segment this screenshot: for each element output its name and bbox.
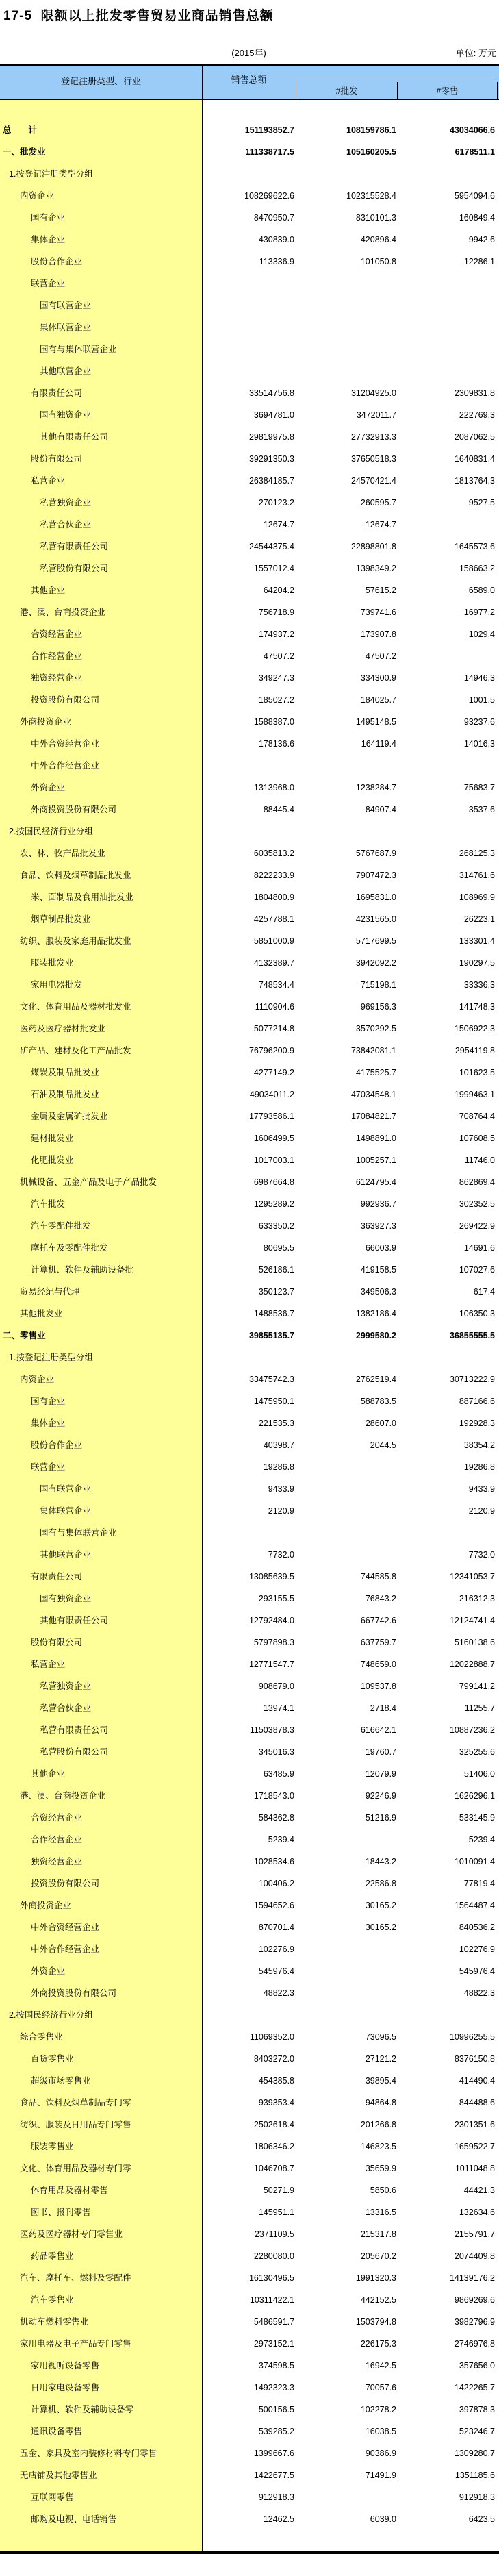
row-label: 日用家电设备零售	[31, 2377, 99, 2399]
row-label: 体育用品及器材零售	[31, 2179, 108, 2201]
table-row: 有限责任公司13085639.5744585.812341053.7	[0, 1566, 499, 1588]
cell-total: 8470950.7	[203, 207, 294, 229]
table-row: 其他有限责任公司12792484.0667742.612124741.4	[0, 1610, 499, 1631]
row-label: 无店铺及其他零售业	[20, 2464, 97, 2486]
table-row: 图书、报刊零售145951.113316.5132634.6	[0, 2201, 499, 2223]
table-row: 合作经营企业47507.247507.2	[0, 645, 499, 667]
cell-retail: 1564487.4	[396, 1895, 495, 1916]
cell-total: 100406.2	[203, 1873, 294, 1895]
row-label: 文化、体育用品及器材专门零	[20, 2158, 131, 2179]
cell-retail: 2746976.8	[396, 2333, 495, 2355]
cell-wholesale: 363927.3	[294, 1215, 396, 1237]
cell-retail: 11746.0	[396, 1149, 495, 1171]
table-row: 国有联营企业	[0, 295, 499, 316]
table-row: 中外合资经营企业178136.6164119.414016.3	[0, 733, 499, 755]
cell-total: 64204.2	[203, 579, 294, 601]
row-label: 百货零售业	[31, 2048, 74, 2070]
cell-wholesale: 90386.9	[294, 2442, 396, 2464]
row-label: 股份合作企业	[31, 1434, 82, 1456]
cell-total: 374598.5	[203, 2355, 294, 2377]
cell-wholesale: 47034548.1	[294, 1084, 396, 1105]
cell-wholesale: 442152.5	[294, 2289, 396, 2311]
cell-total: 526186.1	[203, 1259, 294, 1281]
cell-retail: 160849.4	[396, 207, 495, 229]
cell-retail: 75683.7	[396, 777, 495, 799]
table-row: 内资企业108269622.6102315528.45954094.6	[0, 185, 499, 207]
row-label: 私营股份有限公司	[40, 558, 108, 579]
cell-retail: 840536.2	[396, 1916, 495, 1938]
cell-total: 39855135.7	[203, 1325, 294, 1347]
column-header-retail: #零售	[397, 82, 498, 100]
table-row: 机动车燃料零售业5486591.71503794.83982796.9	[0, 2311, 499, 2333]
cell-wholesale: 739741.6	[294, 601, 396, 623]
table-bottom-border	[0, 2551, 499, 2554]
cell-total: 13974.1	[203, 1697, 294, 1719]
cell-retail: 12341053.7	[396, 1566, 495, 1588]
cell-wholesale: 73842081.1	[294, 1040, 396, 1062]
row-label: 汽车零售业	[31, 2289, 74, 2311]
row-label: 汽车批发	[31, 1193, 65, 1215]
row-label: 其他批发业	[20, 1303, 63, 1325]
cell-total: 500156.5	[203, 2399, 294, 2421]
table-row: 互联网零售912918.3912918.3	[0, 2486, 499, 2508]
cell-retail: 51406.0	[396, 1763, 495, 1785]
cell-total: 29819975.8	[203, 426, 294, 448]
cell-wholesale: 12079.9	[294, 1763, 396, 1785]
cell-total: 50271.9	[203, 2179, 294, 2201]
row-label: 化肥批发业	[31, 1149, 74, 1171]
cell-total: 12462.5	[203, 2508, 294, 2530]
cell-total: 26384185.7	[203, 470, 294, 492]
table-row: 机械设备、五金产品及电子产品批发6987664.86124795.4862869…	[0, 1171, 499, 1193]
row-label: 其他有限责任公司	[40, 1610, 108, 1631]
row-label: 五金、家具及室内装修材料专门零售	[20, 2442, 157, 2464]
table-row: 联营企业	[0, 273, 499, 295]
table-row: 文化、体育用品及器材专门零1046708.735659.91011048.8	[0, 2158, 499, 2179]
table-row: 综合零售业11069352.073096.510996255.5	[0, 2026, 499, 2048]
cell-retail: 1813764.3	[396, 470, 495, 492]
table-row: 私营独资企业908679.0109537.8799141.2	[0, 1675, 499, 1697]
cell-total: 111338717.5	[203, 141, 294, 163]
cell-total: 454385.8	[203, 2070, 294, 2092]
cell-wholesale: 19760.7	[294, 1741, 396, 1763]
cell-total: 17793586.1	[203, 1105, 294, 1127]
cell-retail: 36855555.5	[396, 1325, 495, 1347]
cell-wholesale: 27732913.3	[294, 426, 396, 448]
cell-retail: 2155791.7	[396, 2223, 495, 2245]
cell-total: 102276.9	[203, 1938, 294, 1960]
row-label: 计算机、软件及辅助设备批	[31, 1259, 133, 1281]
cell-retail: 38354.2	[396, 1434, 495, 1456]
cell-wholesale: 419158.5	[294, 1259, 396, 1281]
table-row: 贸易经纪与代理350123.7349506.3617.4	[0, 1281, 499, 1303]
cell-retail: 1011048.8	[396, 2158, 495, 2179]
cell-total: 1399667.6	[203, 2442, 294, 2464]
cell-retail: 2301351.6	[396, 2114, 495, 2136]
cell-retail: 1422265.7	[396, 2377, 495, 2399]
row-label: 私营合伙企业	[40, 1697, 91, 1719]
cell-retail: 1659522.7	[396, 2136, 495, 2158]
cell-total: 221535.3	[203, 1412, 294, 1434]
cell-total: 1488536.7	[203, 1303, 294, 1325]
row-label: 投资股份有限公司	[31, 1873, 99, 1895]
row-label: 综合零售业	[20, 2026, 63, 2048]
cell-wholesale: 1695831.0	[294, 886, 396, 908]
row-label: 外资企业	[31, 1960, 65, 1982]
table-row: 联营企业19286.819286.8	[0, 1456, 499, 1478]
table-row: 计算机、软件及辅助设备批526186.1419158.5107027.6	[0, 1259, 499, 1281]
cell-retail: 12022888.7	[396, 1653, 495, 1675]
cell-wholesale: 71491.9	[294, 2464, 396, 2486]
table-row: 集体联营企业2120.92120.9	[0, 1500, 499, 1522]
row-label: 有限责任公司	[31, 1566, 82, 1588]
row-label: 国有企业	[31, 207, 65, 229]
cell-total: 63485.9	[203, 1763, 294, 1785]
cell-wholesale: 76843.2	[294, 1588, 396, 1610]
row-label: 外商投资企业	[20, 1895, 71, 1916]
row-label: 私营合伙企业	[40, 514, 91, 536]
cell-total: 349247.3	[203, 667, 294, 689]
table-row: 中外合资经营企业870701.430165.2840536.2	[0, 1916, 499, 1938]
cell-total: 10311422.1	[203, 2289, 294, 2311]
table-row: 外资企业1313968.01238284.775683.7	[0, 777, 499, 799]
table-row: 矿产品、建材及化工产品批发76796200.973842081.12954119…	[0, 1040, 499, 1062]
row-label: 纺织、服装及家庭用品批发业	[20, 930, 131, 952]
row-label: 独资经营企业	[31, 1851, 82, 1873]
cell-wholesale: 105160205.5	[294, 141, 396, 163]
year-caption: (2015年)	[203, 46, 294, 59]
cell-total: 5486591.7	[203, 2311, 294, 2333]
row-label: 外资企业	[31, 777, 65, 799]
table-row: 集体联营企业	[0, 316, 499, 338]
cell-retail: 14139176.2	[396, 2267, 495, 2289]
table-row: 石油及制品批发业49034011.247034548.11999463.1	[0, 1084, 499, 1105]
cell-total: 1557012.4	[203, 558, 294, 579]
cell-total: 270123.2	[203, 492, 294, 514]
table-row: 私营合伙企业12674.712674.7	[0, 514, 499, 536]
cell-wholesale: 184025.7	[294, 689, 396, 711]
table-row: 食品、饮料及烟草制品专门零939353.494864.8844488.6	[0, 2092, 499, 2114]
cell-wholesale: 6124795.4	[294, 1171, 396, 1193]
cell-wholesale: 2762519.4	[294, 1368, 396, 1390]
cell-total: 1606499.5	[203, 1127, 294, 1149]
row-label: 其他有限责任公司	[40, 426, 108, 448]
cell-total: 350123.7	[203, 1281, 294, 1303]
cell-total: 6987664.8	[203, 1171, 294, 1193]
cell-wholesale: 37650518.3	[294, 448, 396, 470]
row-label: 邮购及电视、电话销售	[31, 2508, 116, 2530]
row-label: 金属及金属矿批发业	[31, 1105, 108, 1127]
cell-retail: 545976.4	[396, 1960, 495, 1982]
row-label: 机动车燃料零售业	[20, 2311, 88, 2333]
cell-retail: 5239.4	[396, 1829, 495, 1851]
row-label: 2.按国民经济行业分组	[9, 2004, 93, 2026]
cell-wholesale: 1495148.5	[294, 711, 396, 733]
cell-wholesale: 715198.1	[294, 974, 396, 996]
row-label: 港、澳、台商投资企业	[20, 1785, 105, 1807]
cell-wholesale: 31204925.0	[294, 382, 396, 404]
cell-wholesale: 215317.8	[294, 2223, 396, 2245]
cell-total: 1110904.6	[203, 996, 294, 1018]
cell-wholesale: 637759.7	[294, 1631, 396, 1653]
cell-retail: 222769.3	[396, 404, 495, 426]
cell-wholesale: 57615.2	[294, 579, 396, 601]
cell-wholesale: 2718.4	[294, 1697, 396, 1719]
row-label: 外商投资股份有限公司	[31, 1982, 116, 2004]
cell-total: 145951.1	[203, 2201, 294, 2223]
cell-retail: 6178511.1	[396, 141, 495, 163]
table-row: 2.按国民经济行业分组	[0, 821, 499, 842]
cell-retail: 1999463.1	[396, 1084, 495, 1105]
row-label: 医药及医疗器材批发业	[20, 1018, 105, 1040]
cell-total: 1046708.7	[203, 2158, 294, 2179]
cell-retail: 9433.9	[396, 1478, 495, 1500]
table-row: 一、批发业111338717.5105160205.56178511.1	[0, 141, 499, 163]
cell-retail: 26223.1	[396, 908, 495, 930]
cell-wholesale: 92246.9	[294, 1785, 396, 1807]
cell-wholesale: 13316.5	[294, 2201, 396, 2223]
table-row: 1.按登记注册类型分组	[0, 163, 499, 185]
row-label: 集体联营企业	[40, 1500, 91, 1522]
cell-total: 185027.2	[203, 689, 294, 711]
column-divider-line	[202, 66, 203, 2551]
table-row: 金属及金属矿批发业17793586.117084821.7708764.4	[0, 1105, 499, 1127]
cell-retail: 6423.5	[396, 2508, 495, 2530]
row-label: 1.按登记注册类型分组	[9, 1347, 93, 1368]
cell-retail: 533145.9	[396, 1807, 495, 1829]
table-row: 计算机、软件及辅助设备零500156.5102278.2397878.3	[0, 2399, 499, 2421]
cell-total: 756718.9	[203, 601, 294, 623]
table-row: 股份有限公司5797898.3637759.75160138.6	[0, 1631, 499, 1653]
cell-retail: 190297.5	[396, 952, 495, 974]
cell-wholesale: 28607.0	[294, 1412, 396, 1434]
table-row: 国有企业8470950.78310101.3160849.4	[0, 207, 499, 229]
row-label: 计算机、软件及辅助设备零	[31, 2399, 133, 2421]
cell-wholesale: 5850.6	[294, 2179, 396, 2201]
cell-total: 1804800.9	[203, 886, 294, 908]
cell-total: 584362.8	[203, 1807, 294, 1829]
table-row: 中外合作经营企业	[0, 755, 499, 777]
cell-total: 11069352.0	[203, 2026, 294, 2048]
cell-retail: 2087062.5	[396, 426, 495, 448]
cell-retail: 10996255.5	[396, 2026, 495, 2048]
row-label: 二、零售业	[3, 1325, 46, 1347]
cell-total: 174937.2	[203, 623, 294, 645]
cell-wholesale: 39895.4	[294, 2070, 396, 2092]
cell-wholesale: 2999580.2	[294, 1325, 396, 1347]
cell-total: 4257788.1	[203, 908, 294, 930]
table-row: 超级市场零售业454385.839895.4414490.4	[0, 2070, 499, 2092]
table-row: 私营股份有限公司1557012.41398349.2158663.2	[0, 558, 499, 579]
cell-retail: 799141.2	[396, 1675, 495, 1697]
cell-total: 908679.0	[203, 1675, 294, 1697]
cell-retail: 5954094.6	[396, 185, 495, 207]
cell-total: 40398.7	[203, 1434, 294, 1456]
cell-wholesale: 164119.4	[294, 733, 396, 755]
row-label: 合资经营企业	[31, 623, 82, 645]
cell-retail: 325255.6	[396, 1741, 495, 1763]
table-row: 合资经营企业584362.851216.9533145.9	[0, 1807, 499, 1829]
cell-wholesale: 18443.2	[294, 1851, 396, 1873]
row-label: 煤炭及制品批发业	[31, 1062, 99, 1084]
cell-retail: 101623.5	[396, 1062, 495, 1084]
row-label: 汽车零配件批发	[31, 1215, 91, 1237]
table-row: 纺织、服装及家庭用品批发业5851000.95717699.5133301.4	[0, 930, 499, 952]
cell-wholesale: 101050.8	[294, 251, 396, 273]
cell-retail: 3982796.9	[396, 2311, 495, 2333]
column-header-category: 登记注册类型、行业	[0, 66, 202, 97]
cell-total: 545976.4	[203, 1960, 294, 1982]
cell-retail: 887166.6	[396, 1390, 495, 1412]
cell-total: 1422677.5	[203, 2464, 294, 2486]
row-label: 家用视听设备零售	[31, 2355, 99, 2377]
table-row: 百货零售业8403272.027121.28376150.8	[0, 2048, 499, 2070]
cell-total: 2120.9	[203, 1500, 294, 1522]
cell-wholesale: 616642.1	[294, 1719, 396, 1741]
table-row: 独资经营企业1028534.618443.21010091.4	[0, 1851, 499, 1873]
cell-retail: 302352.5	[396, 1193, 495, 1215]
row-label: 集体企业	[31, 229, 65, 251]
cell-retail: 192928.3	[396, 1412, 495, 1434]
cell-wholesale: 16942.5	[294, 2355, 396, 2377]
cell-total: 748534.4	[203, 974, 294, 996]
cell-retail: 102276.9	[396, 1938, 495, 1960]
row-label: 超级市场零售业	[31, 2070, 91, 2092]
cell-retail: 93237.6	[396, 711, 495, 733]
row-label: 国有与集体联营企业	[40, 1522, 117, 1544]
cell-total: 4132389.7	[203, 952, 294, 974]
cell-wholesale: 349506.3	[294, 1281, 396, 1303]
cell-total: 88445.4	[203, 799, 294, 821]
cell-wholesale: 1238284.7	[294, 777, 396, 799]
cell-total: 12792484.0	[203, 1610, 294, 1631]
cell-total: 5239.4	[203, 1829, 294, 1851]
table-row: 建材批发业1606499.51498891.0107608.5	[0, 1127, 499, 1149]
cell-wholesale: 744585.8	[294, 1566, 396, 1588]
row-label: 私营独资企业	[40, 492, 91, 514]
cell-retail: 1645573.6	[396, 536, 495, 558]
row-label: 私营股份有限公司	[40, 1741, 108, 1763]
cell-total: 178136.6	[203, 733, 294, 755]
cell-wholesale: 1382186.4	[294, 1303, 396, 1325]
table-row: 外商投资企业1594652.630165.21564487.4	[0, 1895, 499, 1916]
cell-retail: 2954119.8	[396, 1040, 495, 1062]
cell-total: 49034011.2	[203, 1084, 294, 1105]
cell-total: 633350.2	[203, 1215, 294, 1237]
cell-wholesale: 94864.8	[294, 2092, 396, 2114]
row-label: 合资经营企业	[31, 1807, 82, 1829]
cell-wholesale: 3570292.5	[294, 1018, 396, 1040]
row-label: 1.按登记注册类型分组	[9, 163, 93, 185]
table-row: 无店铺及其他零售业1422677.571491.91351185.6	[0, 2464, 499, 2486]
table-row: 集体企业430839.0420896.49942.6	[0, 229, 499, 251]
table-row: 内资企业33475742.32762519.430713222.9	[0, 1368, 499, 1390]
cell-wholesale: 66003.9	[294, 1237, 396, 1259]
cell-wholesale: 205670.2	[294, 2245, 396, 2267]
row-label: 股份有限公司	[31, 1631, 82, 1653]
column-header-wholesale: #批发	[296, 82, 397, 100]
row-label: 农、林、牧产品批发业	[20, 842, 105, 864]
cell-retail: 132634.6	[396, 2201, 495, 2223]
row-label: 国有独资企业	[40, 1588, 91, 1610]
table-row: 日用家电设备零售1492323.370057.61422265.7	[0, 2377, 499, 2399]
cell-retail: 2120.9	[396, 1500, 495, 1522]
table-row: 1.按登记注册类型分组	[0, 1347, 499, 1368]
table-row: 药品零售业2280080.0205670.22074409.8	[0, 2245, 499, 2267]
row-label: 通讯设备零售	[31, 2421, 82, 2442]
cell-retail: 10887236.2	[396, 1719, 495, 1741]
table-row: 其他企业63485.912079.951406.0	[0, 1763, 499, 1785]
cell-wholesale: 6039.0	[294, 2508, 396, 2530]
cell-wholesale: 16038.5	[294, 2421, 396, 2442]
row-label: 贸易经纪与代理	[20, 1281, 80, 1303]
cell-wholesale: 969156.3	[294, 996, 396, 1018]
cell-total: 1028534.6	[203, 1851, 294, 1873]
table-row: 医药及医疗器材批发业5077214.83570292.51506922.3	[0, 1018, 499, 1040]
cell-retail: 33336.3	[396, 974, 495, 996]
cell-total: 33475742.3	[203, 1368, 294, 1390]
row-label: 服装批发业	[31, 952, 74, 974]
table-row: 其他批发业1488536.71382186.4106350.3	[0, 1303, 499, 1325]
table-row: 私营股份有限公司345016.319760.7325255.6	[0, 1741, 499, 1763]
table-row: 食品、饮料及烟草制品批发业8222233.97907472.3314761.6	[0, 864, 499, 886]
cell-retail: 8376150.8	[396, 2048, 495, 2070]
row-label: 外商投资股份有限公司	[31, 799, 116, 821]
cell-retail: 1309280.7	[396, 2442, 495, 2464]
cell-wholesale: 748659.0	[294, 1653, 396, 1675]
cell-wholesale: 30165.2	[294, 1895, 396, 1916]
cell-retail: 133301.4	[396, 930, 495, 952]
table-body: 总 计151193852.7108159786.143034066.6一、批发业…	[0, 100, 499, 2551]
table-row: 汽车批发1295289.2992936.7302352.5	[0, 1193, 499, 1215]
cell-wholesale: 5767687.9	[294, 842, 396, 864]
row-label: 医药及医疗器材专门零售业	[20, 2223, 123, 2245]
row-label: 其他企业	[31, 579, 65, 601]
row-label: 私营企业	[31, 470, 65, 492]
cell-total: 13085639.5	[203, 1566, 294, 1588]
row-label: 其他企业	[31, 1763, 65, 1785]
row-label: 内资企业	[20, 185, 54, 207]
table-row: 国有独资企业3694781.03472011.7222769.3	[0, 404, 499, 426]
cell-retail: 107027.6	[396, 1259, 495, 1281]
table-row: 纺织、服装及日用品专门零售2502618.4201266.82301351.6	[0, 2114, 499, 2136]
cell-wholesale: 2044.5	[294, 1434, 396, 1456]
cell-total: 1588387.0	[203, 711, 294, 733]
cell-wholesale: 1005257.1	[294, 1149, 396, 1171]
table-row: 医药及医疗器材专门零售业2371109.5215317.82155791.7	[0, 2223, 499, 2245]
cell-total: 113336.9	[203, 251, 294, 273]
cell-wholesale: 109537.8	[294, 1675, 396, 1697]
cell-wholesale: 334300.9	[294, 667, 396, 689]
row-label: 内资企业	[20, 1368, 54, 1390]
cell-retail: 1001.5	[396, 689, 495, 711]
row-label: 有限责任公司	[31, 382, 82, 404]
table-row: 家用电器及电子产品专门零售2973152.1226175.32746976.8	[0, 2333, 499, 2355]
table-row: 股份有限公司39291350.337650518.31640831.4	[0, 448, 499, 470]
row-label: 中外合作经营企业	[31, 1938, 99, 1960]
row-label: 文化、体育用品及器材批发业	[20, 996, 131, 1018]
row-label: 国有联营企业	[40, 295, 91, 316]
table-row: 其他有限责任公司29819975.827732913.32087062.5	[0, 426, 499, 448]
cell-total: 1475950.1	[203, 1390, 294, 1412]
row-label: 独资经营企业	[31, 667, 82, 689]
table-row: 邮购及电视、电话销售12462.56039.06423.5	[0, 2508, 499, 2530]
table-row: 私营合伙企业13974.12718.411255.7	[0, 1697, 499, 1719]
cell-total: 1492323.3	[203, 2377, 294, 2399]
row-label: 中外合资经营企业	[31, 733, 99, 755]
cell-total: 39291350.3	[203, 448, 294, 470]
table-row: 国有联营企业9433.99433.9	[0, 1478, 499, 1500]
